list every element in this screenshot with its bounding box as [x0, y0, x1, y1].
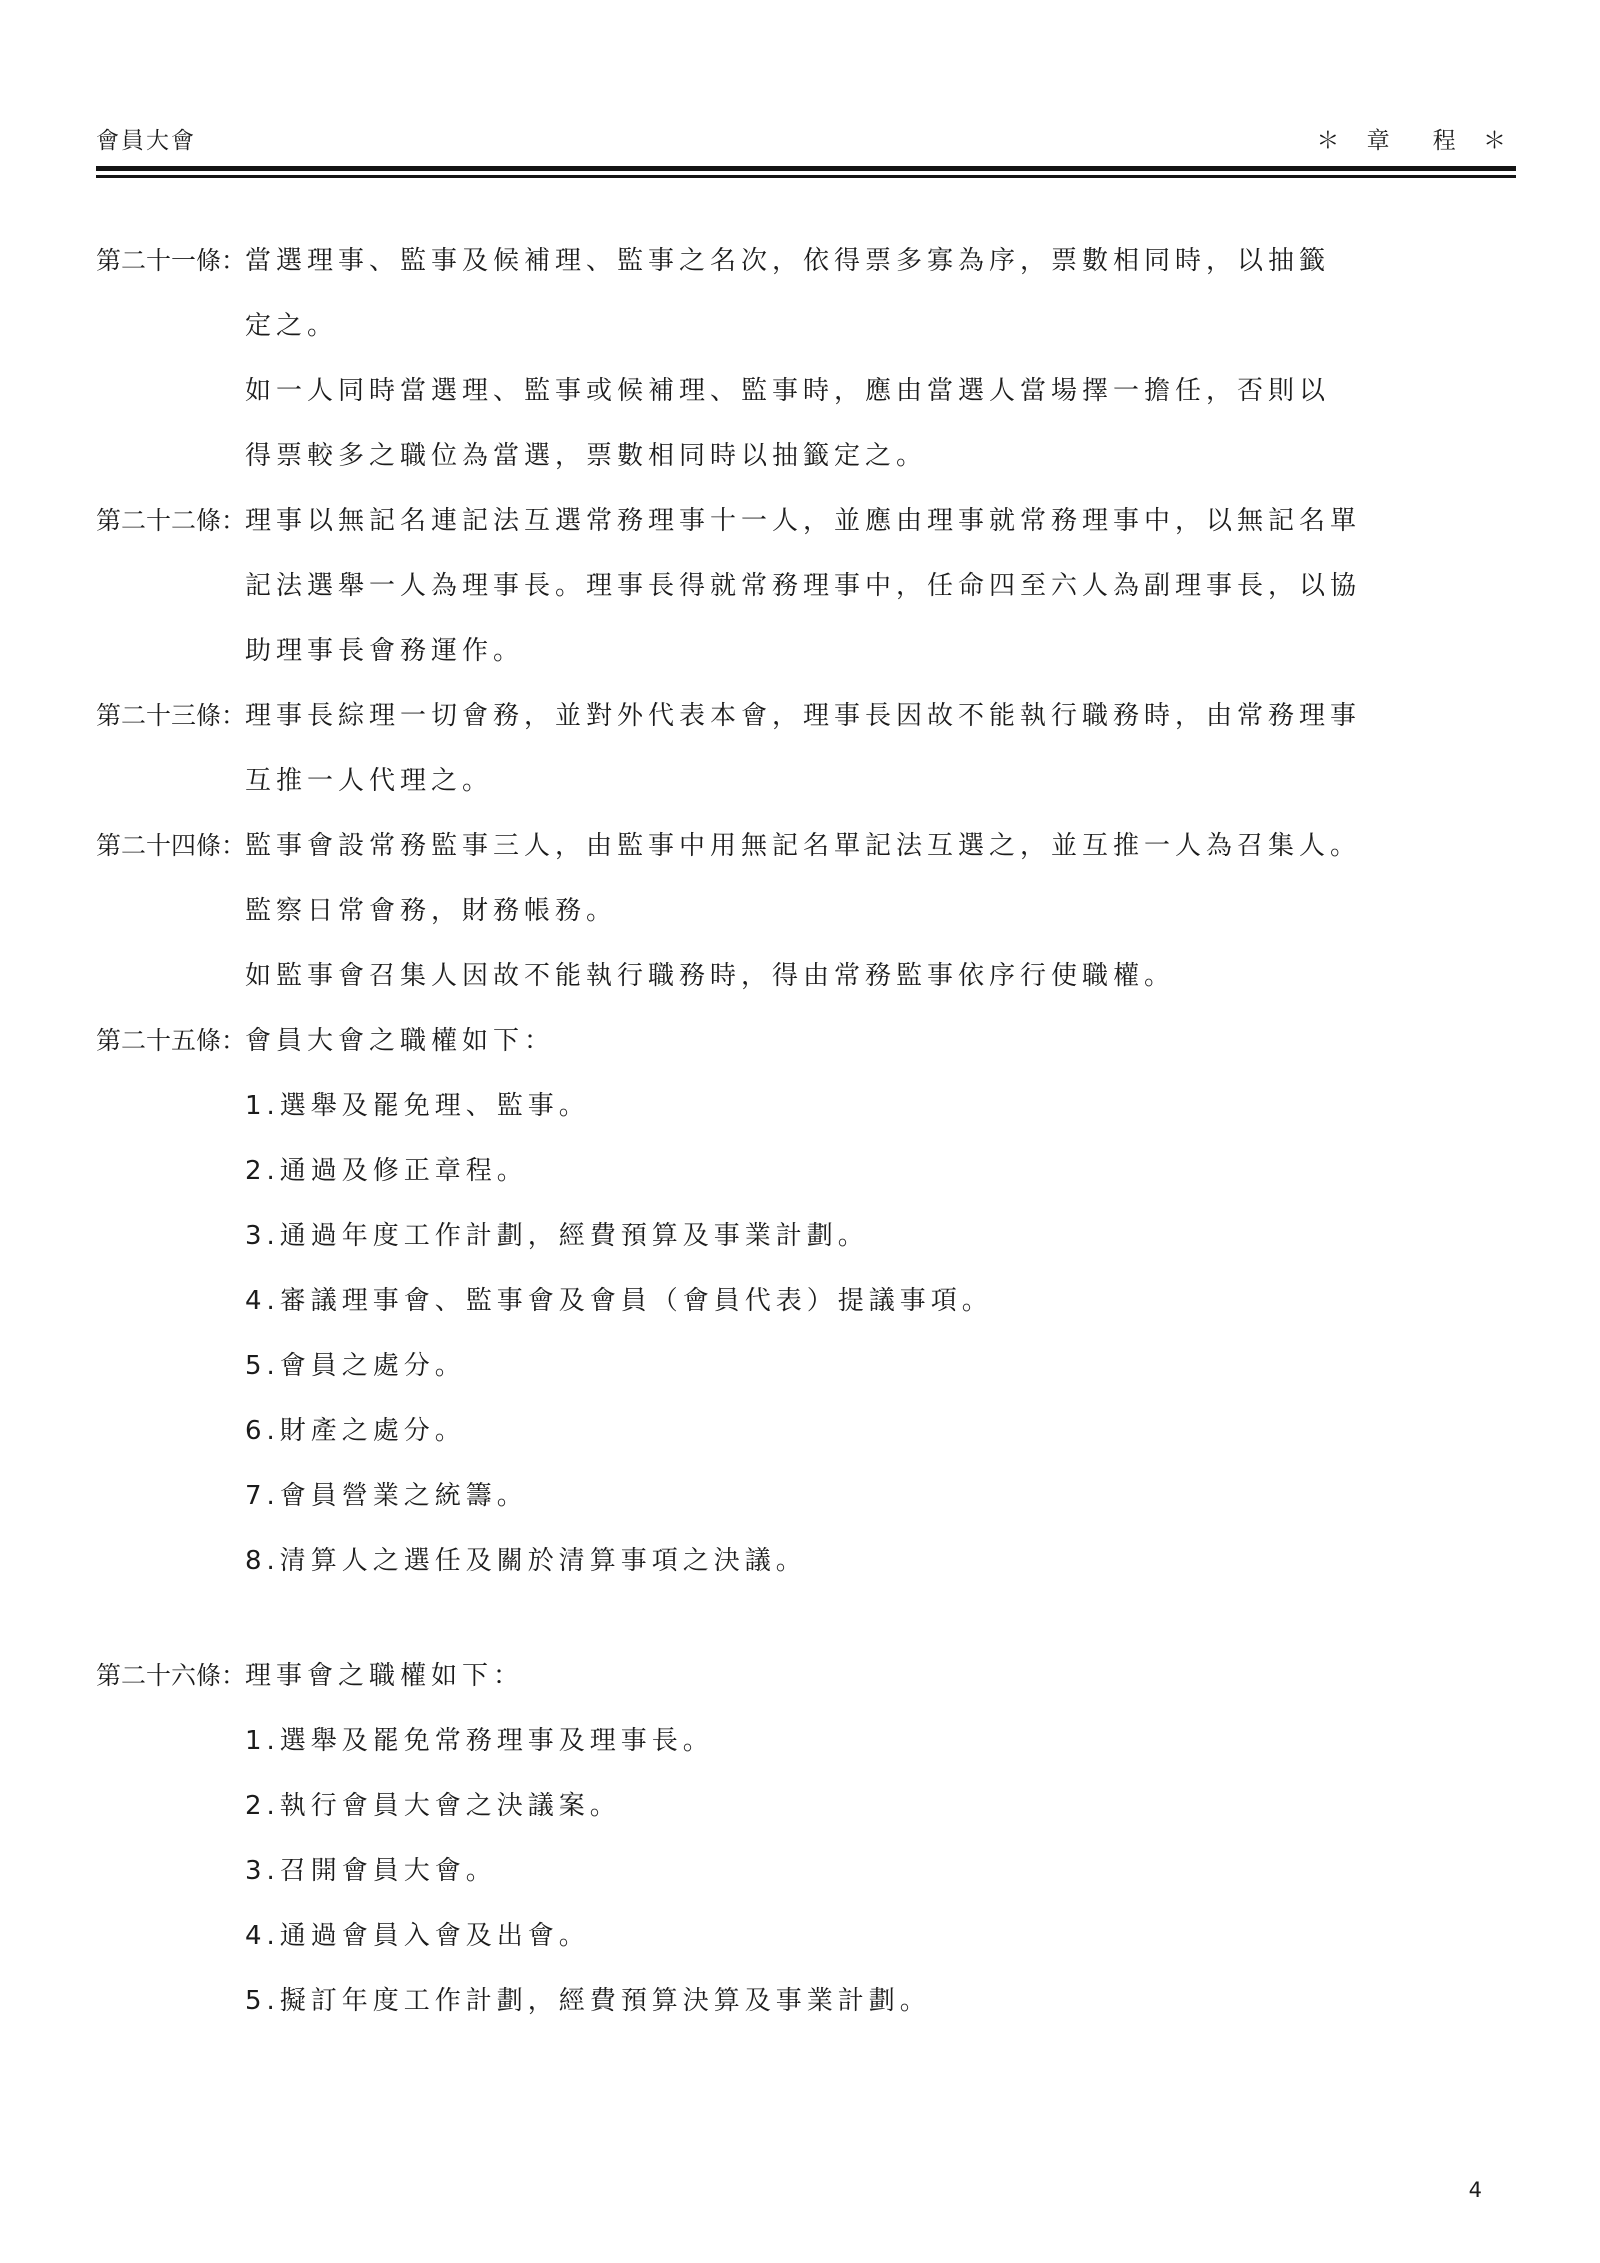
article-25-item: 2.通過及修正章程。 — [0, 1153, 1600, 1218]
article-22-line: 第二十二條：理事以無記名連記法互選常務理事十一人，並應由理事就常務理事中，以無記… — [0, 503, 1600, 568]
article-25-item: 7.會員營業之統籌。 — [0, 1478, 1600, 1543]
article-25-line: 第二十五條：會員大會之職權如下： — [0, 1023, 1600, 1088]
article-25-item: 3.通過年度工作計劃，經費預算及事業計劃。 — [0, 1218, 1600, 1283]
article-21-line: 如一人同時當選理、監事或候補理、監事時，應由當選人當場擇一擔任，否則以 — [0, 373, 1600, 438]
article-text: 互推一人代理之。 — [245, 766, 493, 796]
article-26-item: 5.擬訂年度工作計劃，經費預算決算及事業計劃。 — [0, 1983, 1600, 2048]
article-26-item: 2.執行會員大會之決議案。 — [0, 1788, 1600, 1853]
list-item-text: 3.通過年度工作計劃，經費預算及事業計劃。 — [245, 1221, 869, 1251]
article-23-line: 互推一人代理之。 — [0, 763, 1600, 828]
list-item-text: 1.選舉及罷免常務理事及理事長。 — [245, 1726, 714, 1756]
article-text: 助理事長會務運作。 — [245, 636, 524, 666]
article-24-line: 監察日常會務，財務帳務。 — [0, 893, 1600, 958]
header-right-title: ＊ 章 程 ＊ — [1316, 122, 1516, 155]
article-text: 監察日常會務，財務帳務。 — [245, 896, 617, 926]
article-text: 會員大會之職權如下： — [245, 1026, 555, 1056]
header-left-title: 會員大會 — [96, 122, 196, 155]
document-page: 會員大會 ＊ 章 程 ＊ 第二十一條：當選理事、監事及候補理、監事之名次，依得票… — [0, 0, 1600, 2263]
article-25-item: 1.選舉及罷免理、監事。 — [0, 1088, 1600, 1153]
article-25-item: 6.財產之處分。 — [0, 1413, 1600, 1478]
article-22-line: 記法選舉一人為理事長。理事長得就常務理事中，任命四至六人為副理事長，以協 — [0, 568, 1600, 633]
article-22-line: 助理事長會務運作。 — [0, 633, 1600, 698]
article-24-line: 如監事會召集人因故不能執行職務時，得由常務監事依序行使職權。 — [0, 958, 1600, 1023]
document-body: 第二十一條：當選理事、監事及候補理、監事之名次，依得票多寡為序，票數相同時，以抽… — [0, 243, 1600, 2048]
article-label: 第二十五條： — [96, 1023, 245, 1059]
page-number: 4 — [1469, 2178, 1482, 2202]
page-header: 會員大會 ＊ 章 程 ＊ — [96, 122, 1516, 155]
article-label: 第二十四條： — [96, 828, 245, 864]
list-item-text: 8.清算人之選任及關於清算事項之決議。 — [245, 1546, 807, 1576]
article-label: 第二十三條： — [96, 698, 245, 734]
article-text: 當選理事、監事及候補理、監事之名次，依得票多寡為序，票數相同時，以抽籤 — [245, 246, 1330, 276]
article-text: 如監事會召集人因故不能執行職務時，得由常務監事依序行使職權。 — [245, 961, 1175, 991]
article-text: 理事會之職權如下： — [245, 1661, 524, 1691]
article-26-line: 第二十六條：理事會之職權如下： — [0, 1658, 1600, 1723]
article-21-line: 得票較多之職位為當選，票數相同時以抽籤定之。 — [0, 438, 1600, 503]
list-item-text: 7.會員營業之統籌。 — [245, 1481, 528, 1511]
list-item-text: 5.會員之處分。 — [245, 1351, 466, 1381]
header-double-rule — [96, 166, 1516, 178]
list-item-text: 4.審議理事會、監事會及會員（會員代表）提議事項。 — [245, 1286, 993, 1316]
article-26-item: 1.選舉及罷免常務理事及理事長。 — [0, 1723, 1600, 1788]
article-25-item: 4.審議理事會、監事會及會員（會員代表）提議事項。 — [0, 1283, 1600, 1348]
list-item-text: 5.擬訂年度工作計劃，經費預算決算及事業計劃。 — [245, 1986, 931, 2016]
article-26-item: 4.通過會員入會及出會。 — [0, 1918, 1600, 1983]
article-21-line: 第二十一條：當選理事、監事及候補理、監事之名次，依得票多寡為序，票數相同時，以抽… — [0, 243, 1600, 308]
article-text: 理事以無記名連記法互選常務理事十一人，並應由理事就常務理事中，以無記名單 — [245, 506, 1361, 536]
article-text: 如一人同時當選理、監事或候補理、監事時，應由當選人當場擇一擔任，否則以 — [245, 376, 1330, 406]
article-text: 定之。 — [245, 311, 338, 341]
article-text: 監事會設常務監事三人，由監事中用無記名單記法互選之，並互推一人為召集人。 — [245, 831, 1361, 861]
list-item-text: 2.通過及修正章程。 — [245, 1156, 528, 1186]
list-item-text: 2.執行會員大會之決議案。 — [245, 1791, 621, 1821]
article-23-line: 第二十三條：理事長綜理一切會務，並對外代表本會，理事長因故不能執行職務時，由常務… — [0, 698, 1600, 763]
article-label: 第二十六條： — [96, 1658, 245, 1694]
article-26-item: 3.召開會員大會。 — [0, 1853, 1600, 1918]
article-21-line: 定之。 — [0, 308, 1600, 373]
article-25-item: 8.清算人之選任及關於清算事項之決議。 — [0, 1543, 1600, 1608]
article-label: 第二十一條： — [96, 243, 245, 279]
list-item-text: 6.財產之處分。 — [245, 1416, 466, 1446]
article-24-line: 第二十四條：監事會設常務監事三人，由監事中用無記名單記法互選之，並互推一人為召集… — [0, 828, 1600, 893]
list-item-text: 1.選舉及罷免理、監事。 — [245, 1091, 590, 1121]
article-label: 第二十二條： — [96, 503, 245, 539]
list-item-text: 4.通過會員入會及出會。 — [245, 1921, 590, 1951]
article-text: 記法選舉一人為理事長。理事長得就常務理事中，任命四至六人為副理事長，以協 — [245, 571, 1361, 601]
article-text: 得票較多之職位為當選，票數相同時以抽籤定之。 — [245, 441, 927, 471]
article-text: 理事長綜理一切會務，並對外代表本會，理事長因故不能執行職務時，由常務理事 — [245, 701, 1361, 731]
list-item-text: 3.召開會員大會。 — [245, 1856, 497, 1886]
article-25-item: 5.會員之處分。 — [0, 1348, 1600, 1413]
